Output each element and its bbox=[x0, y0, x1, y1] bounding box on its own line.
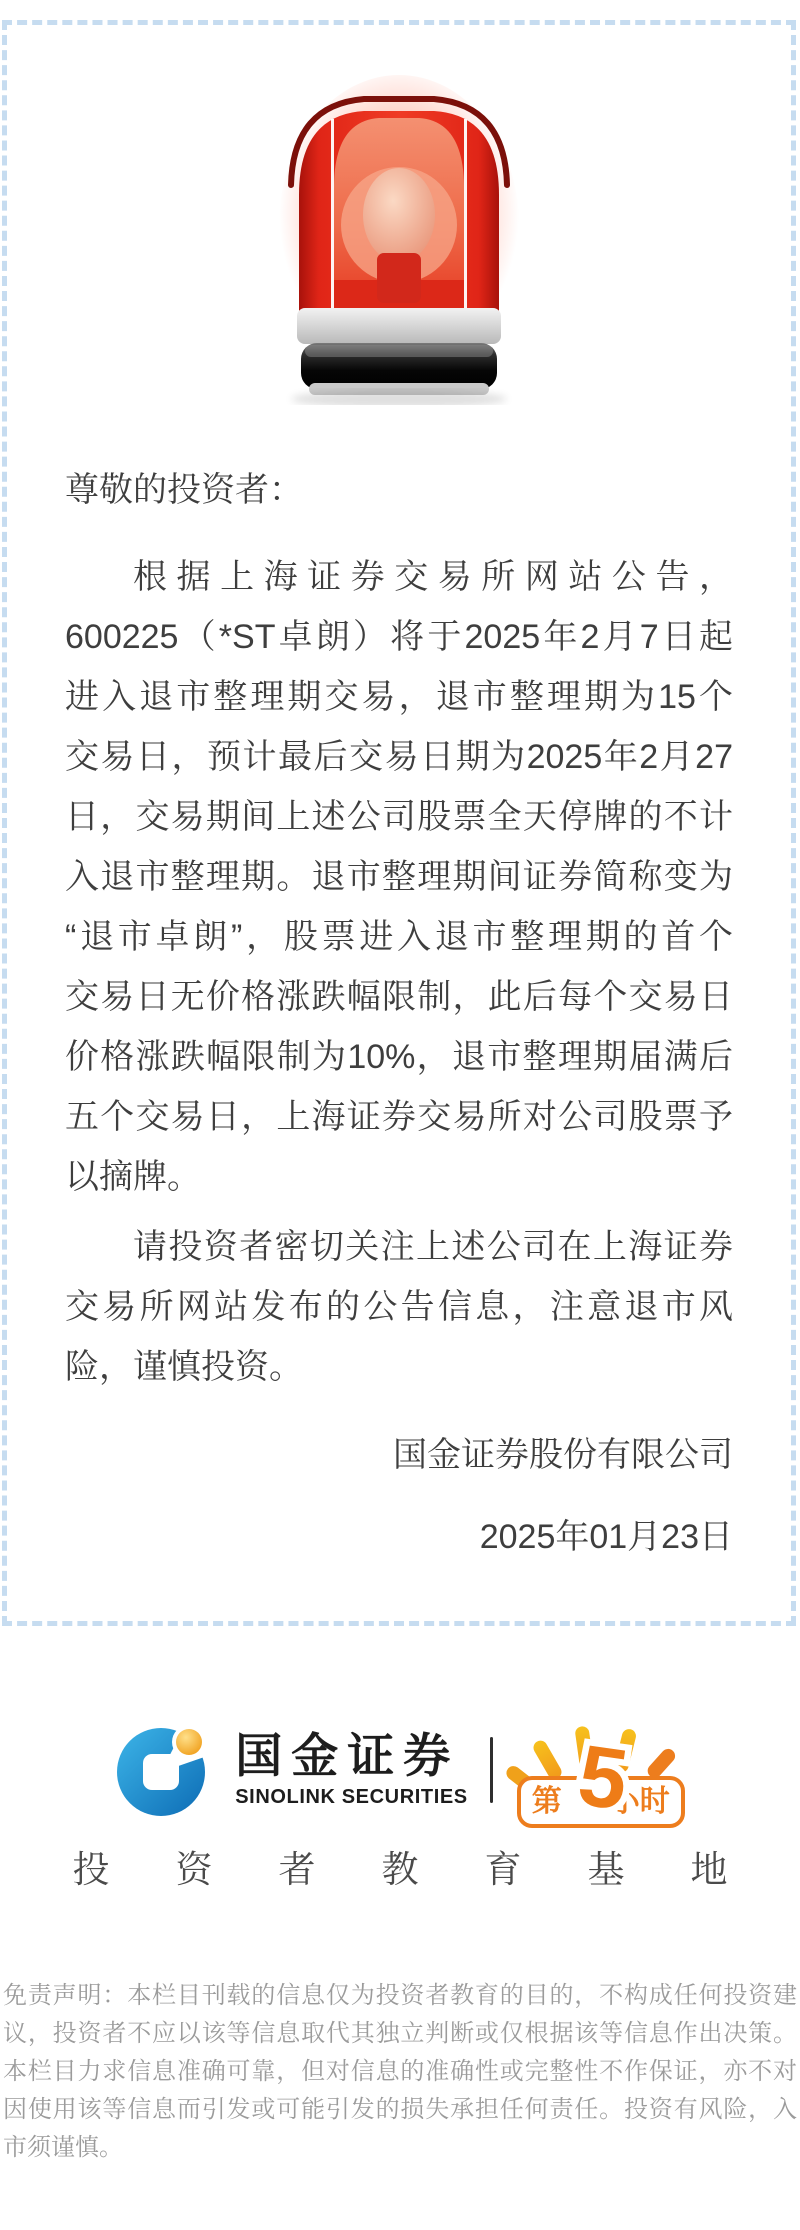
disclaimer-line: 免责声明：本栏目刊载的信息仅为投资者教育的目的，不构成任何投资建 bbox=[3, 1977, 797, 2015]
announcement-page: 尊敬的投资者： 根据上海证券交易所网站公告， 600225（*ST卓朗）将于20… bbox=[0, 0, 800, 2230]
siren-svg bbox=[279, 75, 519, 405]
notice-line: 进入退市整理期交易，退市整理期为15个 bbox=[65, 667, 733, 727]
investor-education-base-text: 投资者教育基地 bbox=[73, 1844, 728, 1896]
signature-company: 国金证券股份有限公司 bbox=[65, 1425, 733, 1485]
notice-line: 交易日，预计最后交易日期为2025年2月27 bbox=[65, 727, 733, 787]
notice-box: 尊敬的投资者： 根据上海证券交易所网站公告， 600225（*ST卓朗）将于20… bbox=[2, 20, 796, 1626]
notice-line: 日，交易期间上述公司股票全天停牌的不计 bbox=[65, 787, 733, 847]
notice-line: 请投资者密切关注上述公司在上海证券 bbox=[65, 1217, 733, 1277]
siren-icon bbox=[279, 75, 519, 405]
sinolink-logo-icon bbox=[113, 1720, 213, 1820]
ray-icon bbox=[531, 1738, 564, 1781]
notice-paragraph-1: 根据上海证券交易所网站公告， 600225（*ST卓朗）将于2025年2月7日起… bbox=[65, 547, 733, 1207]
brand-name-en: SINOLINK SECURITIES bbox=[235, 1786, 468, 1809]
notice-line: 交易所网站发布的公告信息，注意退市风 bbox=[65, 1277, 733, 1337]
greeting-text: 尊敬的投资者： bbox=[65, 460, 733, 520]
notice-line: “退市卓朗”，股票进入退市整理期的首个 bbox=[65, 907, 733, 967]
notice-line: 以摘牌。 bbox=[65, 1147, 733, 1207]
brand-name-block: 国金证券 SINOLINK SECURITIES bbox=[235, 1731, 468, 1808]
notice-line: 根据上海证券交易所网站公告， bbox=[65, 547, 733, 607]
five-hours-prefix: 第 bbox=[532, 1787, 562, 1817]
notice-line: 入退市整理期。退市整理期间证券简称变为 bbox=[65, 847, 733, 907]
notice-paragraph-2: 请投资者密切关注上述公司在上海证券 交易所网站发布的公告信息，注意退市风 险，谨… bbox=[65, 1217, 733, 1397]
signature-date: 2025年01月23日 bbox=[65, 1507, 733, 1567]
disclaimer-line: 因使用该等信息而引发或可能引发的损失承担任何责任。投资有风险，入 bbox=[3, 2091, 797, 2129]
disclaimer-line: 本栏目力求信息准确可靠，但对信息的准确性或完整性不作保证，亦不对 bbox=[3, 2053, 797, 2091]
brand-name-cn: 国金证券 bbox=[235, 1731, 468, 1780]
five-hours-number: 5 5 bbox=[567, 1724, 639, 1832]
disclaimer-line: 议，投资者不应以该等信息取代其独立判断或仅根据该等信息作出决策。 bbox=[3, 2015, 797, 2053]
notice-line: 交易日无价格涨跌幅限制，此后每个交易日 bbox=[65, 967, 733, 1027]
five-hours-logo: 第 小时 5 5 bbox=[515, 1710, 687, 1830]
notice-line: 五个交易日，上海证券交易所对公司股票予 bbox=[65, 1087, 733, 1147]
notice-line: 价格涨跌幅限制为10%，退市整理期届满后 bbox=[65, 1027, 733, 1087]
disclaimer-line: 市须谨慎。 bbox=[3, 2129, 797, 2167]
brand-divider bbox=[490, 1737, 493, 1803]
disclaimer: 免责声明：本栏目刊载的信息仅为投资者教育的目的，不构成任何投资建 议，投资者不应… bbox=[3, 1977, 797, 2167]
brand-footer: 国金证券 SINOLINK SECURITIES 第 小时 5 5 bbox=[0, 1700, 800, 1896]
notice-line: 险，谨慎投资。 bbox=[65, 1337, 733, 1397]
brand-row: 国金证券 SINOLINK SECURITIES 第 小时 5 5 bbox=[0, 1700, 800, 1840]
notice-line: 600225（*ST卓朗）将于2025年2月7日起 bbox=[65, 607, 733, 667]
